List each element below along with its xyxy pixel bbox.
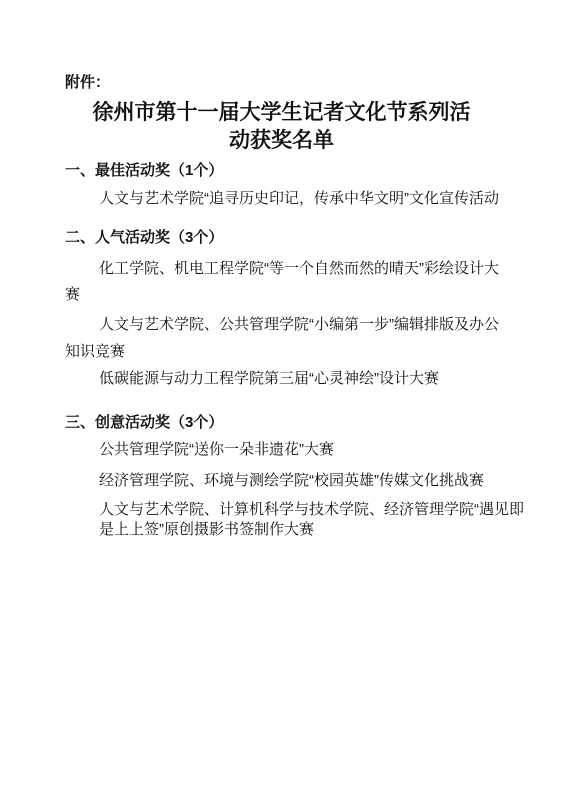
document-title-line2: 动获奖名单 (0, 129, 563, 152)
document-page: 附件： 徐州市第十一届大学生记者文化节系列活 动获奖名单 一、最佳活动奖（1个）… (0, 0, 563, 797)
attachment-label: 附件： (65, 74, 110, 91)
award-item-line: 公共管理学院“送你一朵非遗花”大赛 (99, 441, 334, 458)
section-1-heading: 一、最佳活动奖（1个） (65, 162, 223, 179)
award-item-line-continuation: 是上上签”原创摄影书签制作大赛 (99, 521, 314, 538)
section-3-heading: 三、创意活动奖（3个） (65, 414, 223, 431)
award-item-line: 人文与艺术学院、公共管理学院“小编第一步”编辑排版及办公 (99, 316, 499, 333)
award-item-line: 低碳能源与动力工程学院第三届“心灵神绘”设计大赛 (99, 370, 439, 387)
section-2-heading: 二、人气活动奖（3个） (65, 229, 223, 246)
award-item-line-continuation: 赛 (65, 286, 80, 303)
award-item-line: 人文与艺术学院“追寻历史印记，传承中华文明”文化宣传活动 (99, 190, 499, 207)
document-title-line1: 徐州市第十一届大学生记者文化节系列活 (0, 101, 563, 124)
award-item-line: 经济管理学院、环境与测绘学院“校园英雄”传媒文化挑战赛 (99, 472, 484, 489)
award-item-line: 人文与艺术学院、计算机科学与技术学院、经济管理学院“遇见即 (99, 501, 524, 518)
award-item-line: 化工学院、机电工程学院“等一个自然而然的晴天”彩绘设计大 (99, 260, 499, 277)
award-item-line-continuation: 知识竞赛 (65, 343, 125, 360)
